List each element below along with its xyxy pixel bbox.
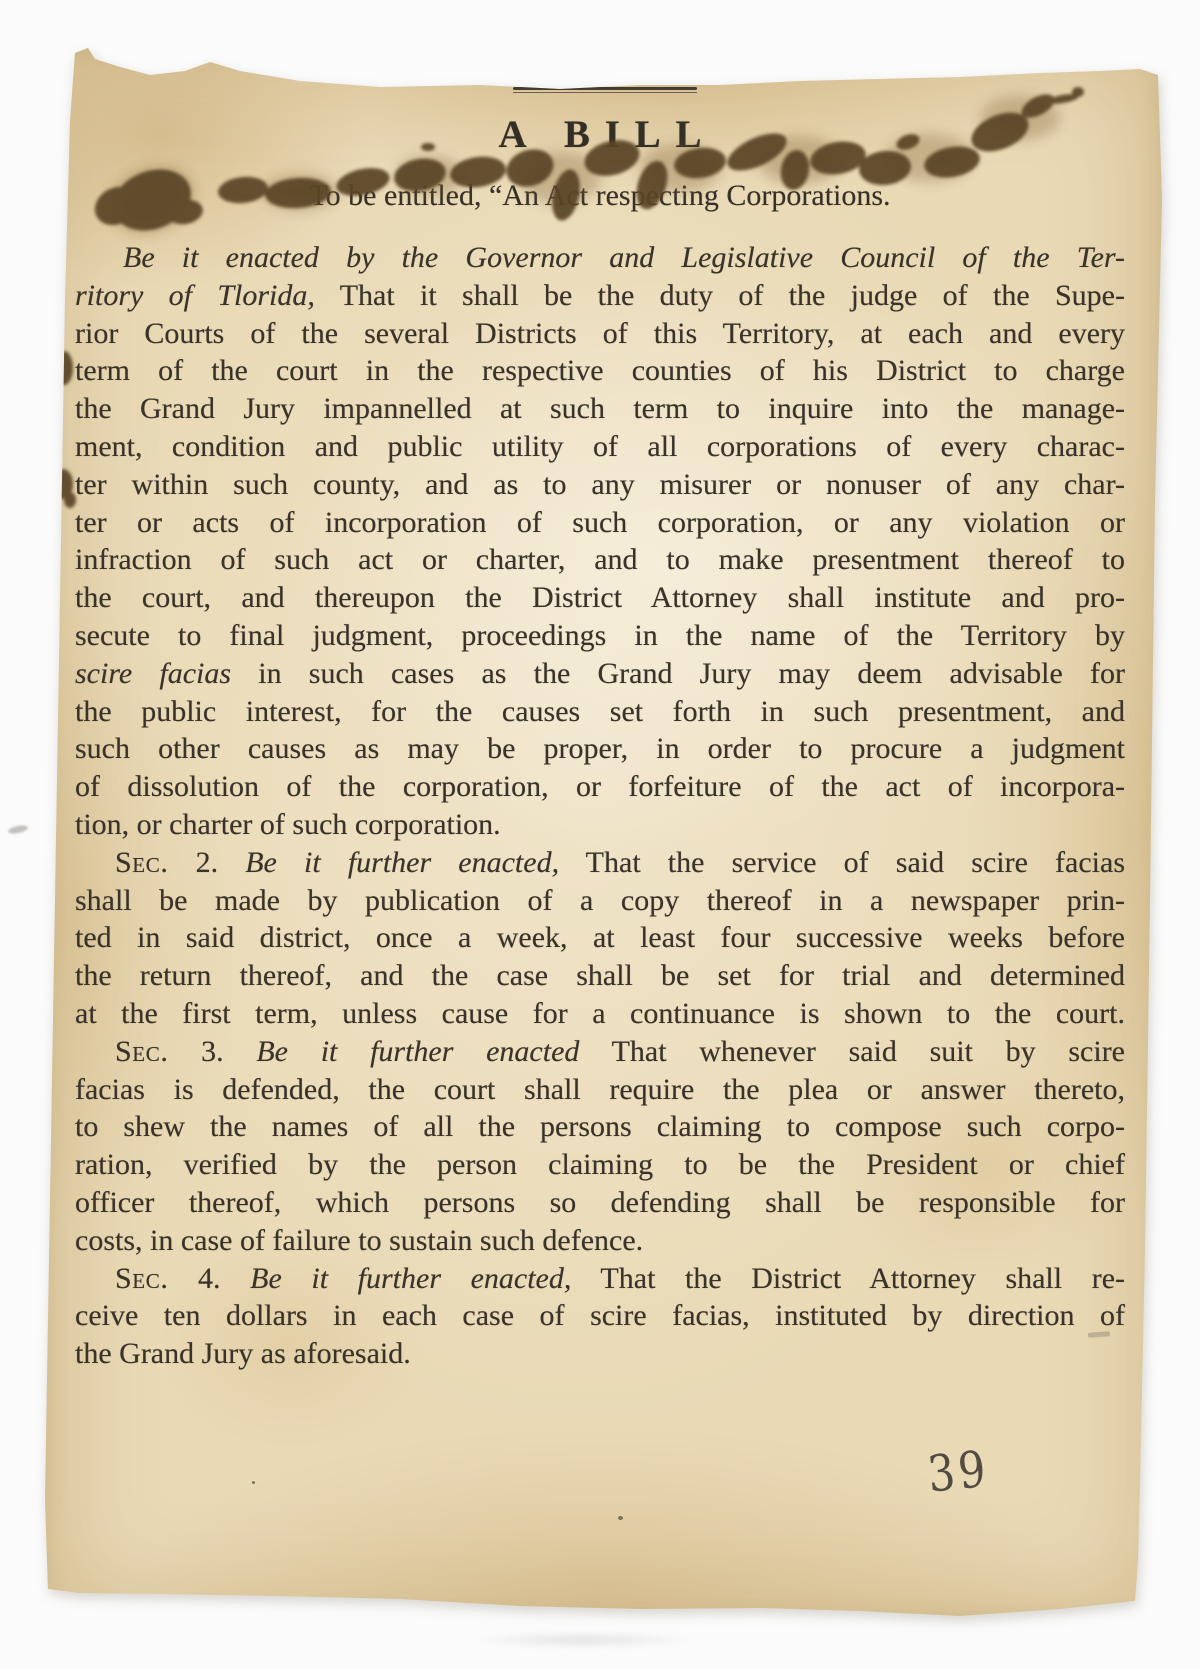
text-line: secute to final judgment, proceedings in… bbox=[75, 617, 1125, 655]
text-line: facias is defended, the court shall requ… bbox=[75, 1071, 1125, 1109]
text-line: ter or acts of incorporation of such cor… bbox=[75, 504, 1125, 542]
text-segment: facias is defended, the court shall requ… bbox=[75, 1073, 1125, 1106]
text-line: ter within such county, and as to any mi… bbox=[75, 466, 1125, 504]
text-segment: 3. bbox=[168, 1035, 256, 1068]
text-segment: tion, or charter of such corporation. bbox=[75, 808, 501, 841]
text-segment: the court, and thereupon the District At… bbox=[75, 581, 1125, 614]
text-segment: That the District Attorney shall re- bbox=[571, 1262, 1125, 1295]
text-line: tion, or charter of such corporation. bbox=[75, 806, 1125, 844]
text-segment: such other causes as may be proper, in o… bbox=[75, 732, 1125, 765]
text-line: shall be made by publication of a copy t… bbox=[75, 882, 1125, 920]
text-line: ted in said district, once a week, at le… bbox=[75, 919, 1125, 957]
paper-wrap: A BILL To be entitled, “An Act respectin… bbox=[0, 0, 1200, 1669]
text-segment: the Grand Jury as aforesaid. bbox=[75, 1337, 411, 1370]
text-line: officer thereof, which persons so defend… bbox=[75, 1184, 1125, 1222]
text-segment: ceive ten dollars in each case of scire … bbox=[75, 1299, 1125, 1332]
text-segment: the public interest, for the causes set … bbox=[75, 695, 1125, 728]
text-segment: ritory of Tlorida, bbox=[75, 279, 315, 312]
text-line: ment, condition and public utility of al… bbox=[75, 428, 1125, 466]
text-line: the public interest, for the causes set … bbox=[75, 693, 1125, 731]
handwritten-page-number: 39 bbox=[925, 1440, 992, 1504]
bill-body-text: Be it enacted by the Governor and Legisl… bbox=[75, 239, 1125, 1373]
text-line: the Grand Jury impannelled at such term … bbox=[75, 390, 1125, 428]
text-segment: Be it further enacted, bbox=[245, 846, 559, 879]
text-line: Sec. 3. Be it further enacted That whene… bbox=[75, 1033, 1125, 1071]
text-line: term of the court in the respective coun… bbox=[75, 352, 1125, 390]
text-segment: Sec. bbox=[115, 1035, 168, 1068]
title-rule-thick bbox=[513, 87, 697, 90]
text-segment: in such cases as the Grand Jury may deem… bbox=[231, 657, 1125, 690]
paper-sheet: A BILL To be entitled, “An Act respectin… bbox=[40, 45, 1165, 1623]
text-segment: That whenever said suit by scire bbox=[579, 1035, 1125, 1068]
text-segment: 2. bbox=[168, 846, 245, 879]
text-segment: ter or acts of incorporation of such cor… bbox=[75, 506, 1125, 539]
text-line: ceive ten dollars in each case of scire … bbox=[75, 1297, 1125, 1335]
text-segment: shall be made by publication of a copy t… bbox=[75, 884, 1125, 917]
text-segment: the Grand Jury impannelled at such term … bbox=[75, 392, 1125, 425]
text-segment: officer thereof, which persons so defend… bbox=[75, 1186, 1125, 1219]
text-line: Sec. 4. Be it further enacted, That the … bbox=[75, 1260, 1125, 1298]
text-segment: to shew the names of all the persons cla… bbox=[75, 1110, 1125, 1143]
text-segment: Be it further enacted, bbox=[250, 1262, 571, 1295]
text-line: Sec. 2. Be it further enacted, That the … bbox=[75, 844, 1125, 882]
text-segment: Be it further enacted bbox=[256, 1035, 579, 1068]
text-line: to shew the names of all the persons cla… bbox=[75, 1108, 1125, 1146]
text-segment: ted in said district, once a week, at le… bbox=[75, 921, 1125, 954]
text-line: such other causes as may be proper, in o… bbox=[75, 730, 1125, 768]
title-rule-thin bbox=[513, 92, 697, 93]
paper-speck bbox=[252, 1481, 255, 1484]
text-segment: the return thereof, and the case shall b… bbox=[75, 959, 1125, 992]
text-segment: That it shall be the duty of the judge o… bbox=[315, 279, 1125, 312]
text-segment: Sec. bbox=[115, 846, 168, 879]
paper-speck bbox=[618, 1516, 623, 1520]
bill-subtitle: To be entitled, “An Act respecting Corpo… bbox=[75, 179, 1125, 213]
text-line: infraction of such act or charter, and t… bbox=[75, 541, 1125, 579]
background-smudge bbox=[468, 1632, 698, 1648]
text-line: rior Courts of the several Districts of … bbox=[75, 315, 1125, 353]
text-line: ration, verified by the person claiming … bbox=[75, 1146, 1125, 1184]
text-line: the Grand Jury as aforesaid. bbox=[75, 1335, 1125, 1373]
text-line: the return thereof, and the case shall b… bbox=[75, 957, 1125, 995]
text-segment: of dissolution of the corporation, or fo… bbox=[75, 770, 1125, 803]
text-segment: infraction of such act or charter, and t… bbox=[75, 543, 1125, 576]
text-segment: term of the court in the respective coun… bbox=[75, 354, 1125, 387]
paper-content: A BILL To be entitled, “An Act respectin… bbox=[0, 0, 1200, 1669]
text-segment: ment, condition and public utility of al… bbox=[75, 430, 1125, 463]
text-line: at the first term, unless cause for a co… bbox=[75, 995, 1125, 1033]
text-line: costs, in case of failure to sustain suc… bbox=[75, 1222, 1125, 1260]
text-line: of dissolution of the corporation, or fo… bbox=[75, 768, 1125, 806]
text-segment: ter within such county, and as to any mi… bbox=[75, 468, 1125, 501]
scan-background: A BILL To be entitled, “An Act respectin… bbox=[0, 0, 1200, 1669]
text-line: Be it enacted by the Governor and Legisl… bbox=[75, 239, 1125, 277]
text-segment: ration, verified by the person claiming … bbox=[75, 1148, 1125, 1181]
text-segment: rior Courts of the several Districts of … bbox=[75, 317, 1125, 350]
text-segment: Be it enacted by the Governor and Legisl… bbox=[123, 241, 1125, 274]
text-segment: 4. bbox=[168, 1262, 250, 1295]
text-segment: Sec. bbox=[115, 1262, 168, 1295]
text-segment: scire facias bbox=[75, 657, 231, 690]
text-line: scire facias in such cases as the Grand … bbox=[75, 655, 1125, 693]
text-segment: secute to final judgment, proceedings in… bbox=[75, 619, 1125, 652]
text-segment: costs, in case of failure to sustain suc… bbox=[75, 1224, 643, 1257]
text-line: the court, and thereupon the District At… bbox=[75, 579, 1125, 617]
text-segment: at the first term, unless cause for a co… bbox=[75, 997, 1125, 1030]
text-line: ritory of Tlorida, That it shall be the … bbox=[75, 277, 1125, 315]
title-rule bbox=[513, 87, 697, 93]
text-segment: That the service of said scire facias bbox=[559, 846, 1125, 879]
bill-title: A BILL bbox=[75, 112, 1125, 157]
